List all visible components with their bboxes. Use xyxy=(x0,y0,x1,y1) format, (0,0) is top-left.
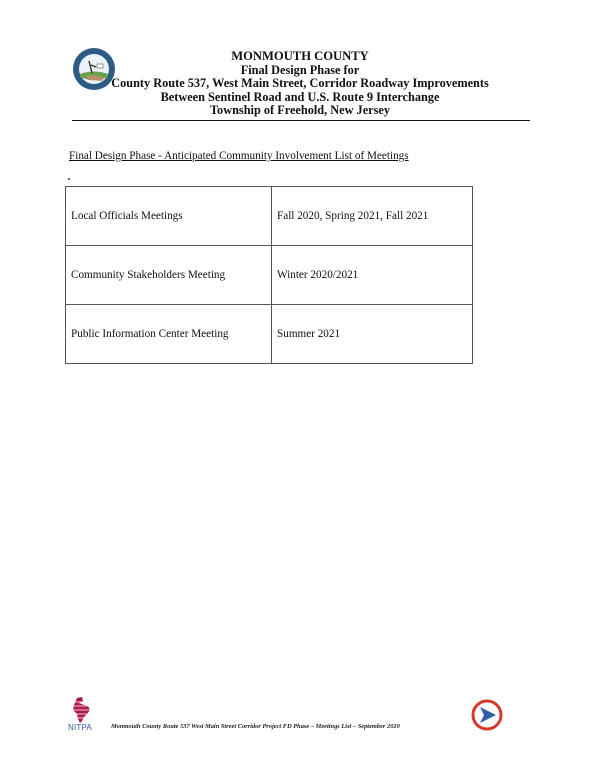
meeting-name: Local Officials Meetings xyxy=(66,187,272,246)
document-header: MONMOUTH COUNTY Final Design Phase for C… xyxy=(60,50,540,118)
meetings-table: Local Officials Meetings Fall 2020, Spri… xyxy=(65,186,473,364)
header-township: Township of Freehold, New Jersey xyxy=(60,104,540,118)
header-limits: Between Sentinel Road and U.S. Route 9 I… xyxy=(60,91,540,105)
section-title: Final Design Phase - Anticipated Communi… xyxy=(69,150,409,162)
arrow-circle-logo-icon xyxy=(471,699,503,731)
header-county: MONMOUTH COUNTY xyxy=(60,50,540,64)
header-project: County Route 537, West Main Street, Corr… xyxy=(60,77,540,91)
table-row: Public Information Center Meeting Summer… xyxy=(66,305,473,364)
nitpa-logo-label: NITPA xyxy=(68,723,92,732)
stray-mark xyxy=(68,178,70,180)
header-divider xyxy=(72,120,530,121)
table-row: Local Officials Meetings Fall 2020, Spri… xyxy=(66,187,473,246)
meeting-timing: Summer 2021 xyxy=(272,305,473,364)
meeting-timing: Fall 2020, Spring 2021, Fall 2021 xyxy=(272,187,473,246)
meeting-name: Community Stakeholders Meeting xyxy=(66,246,272,305)
meeting-name: Public Information Center Meeting xyxy=(66,305,272,364)
footer-text: Monmouth County Route 537 West Main Stre… xyxy=(111,723,400,730)
table-row: Community Stakeholders Meeting Winter 20… xyxy=(66,246,473,305)
header-phase: Final Design Phase for xyxy=(60,64,540,78)
meeting-timing: Winter 2020/2021 xyxy=(272,246,473,305)
